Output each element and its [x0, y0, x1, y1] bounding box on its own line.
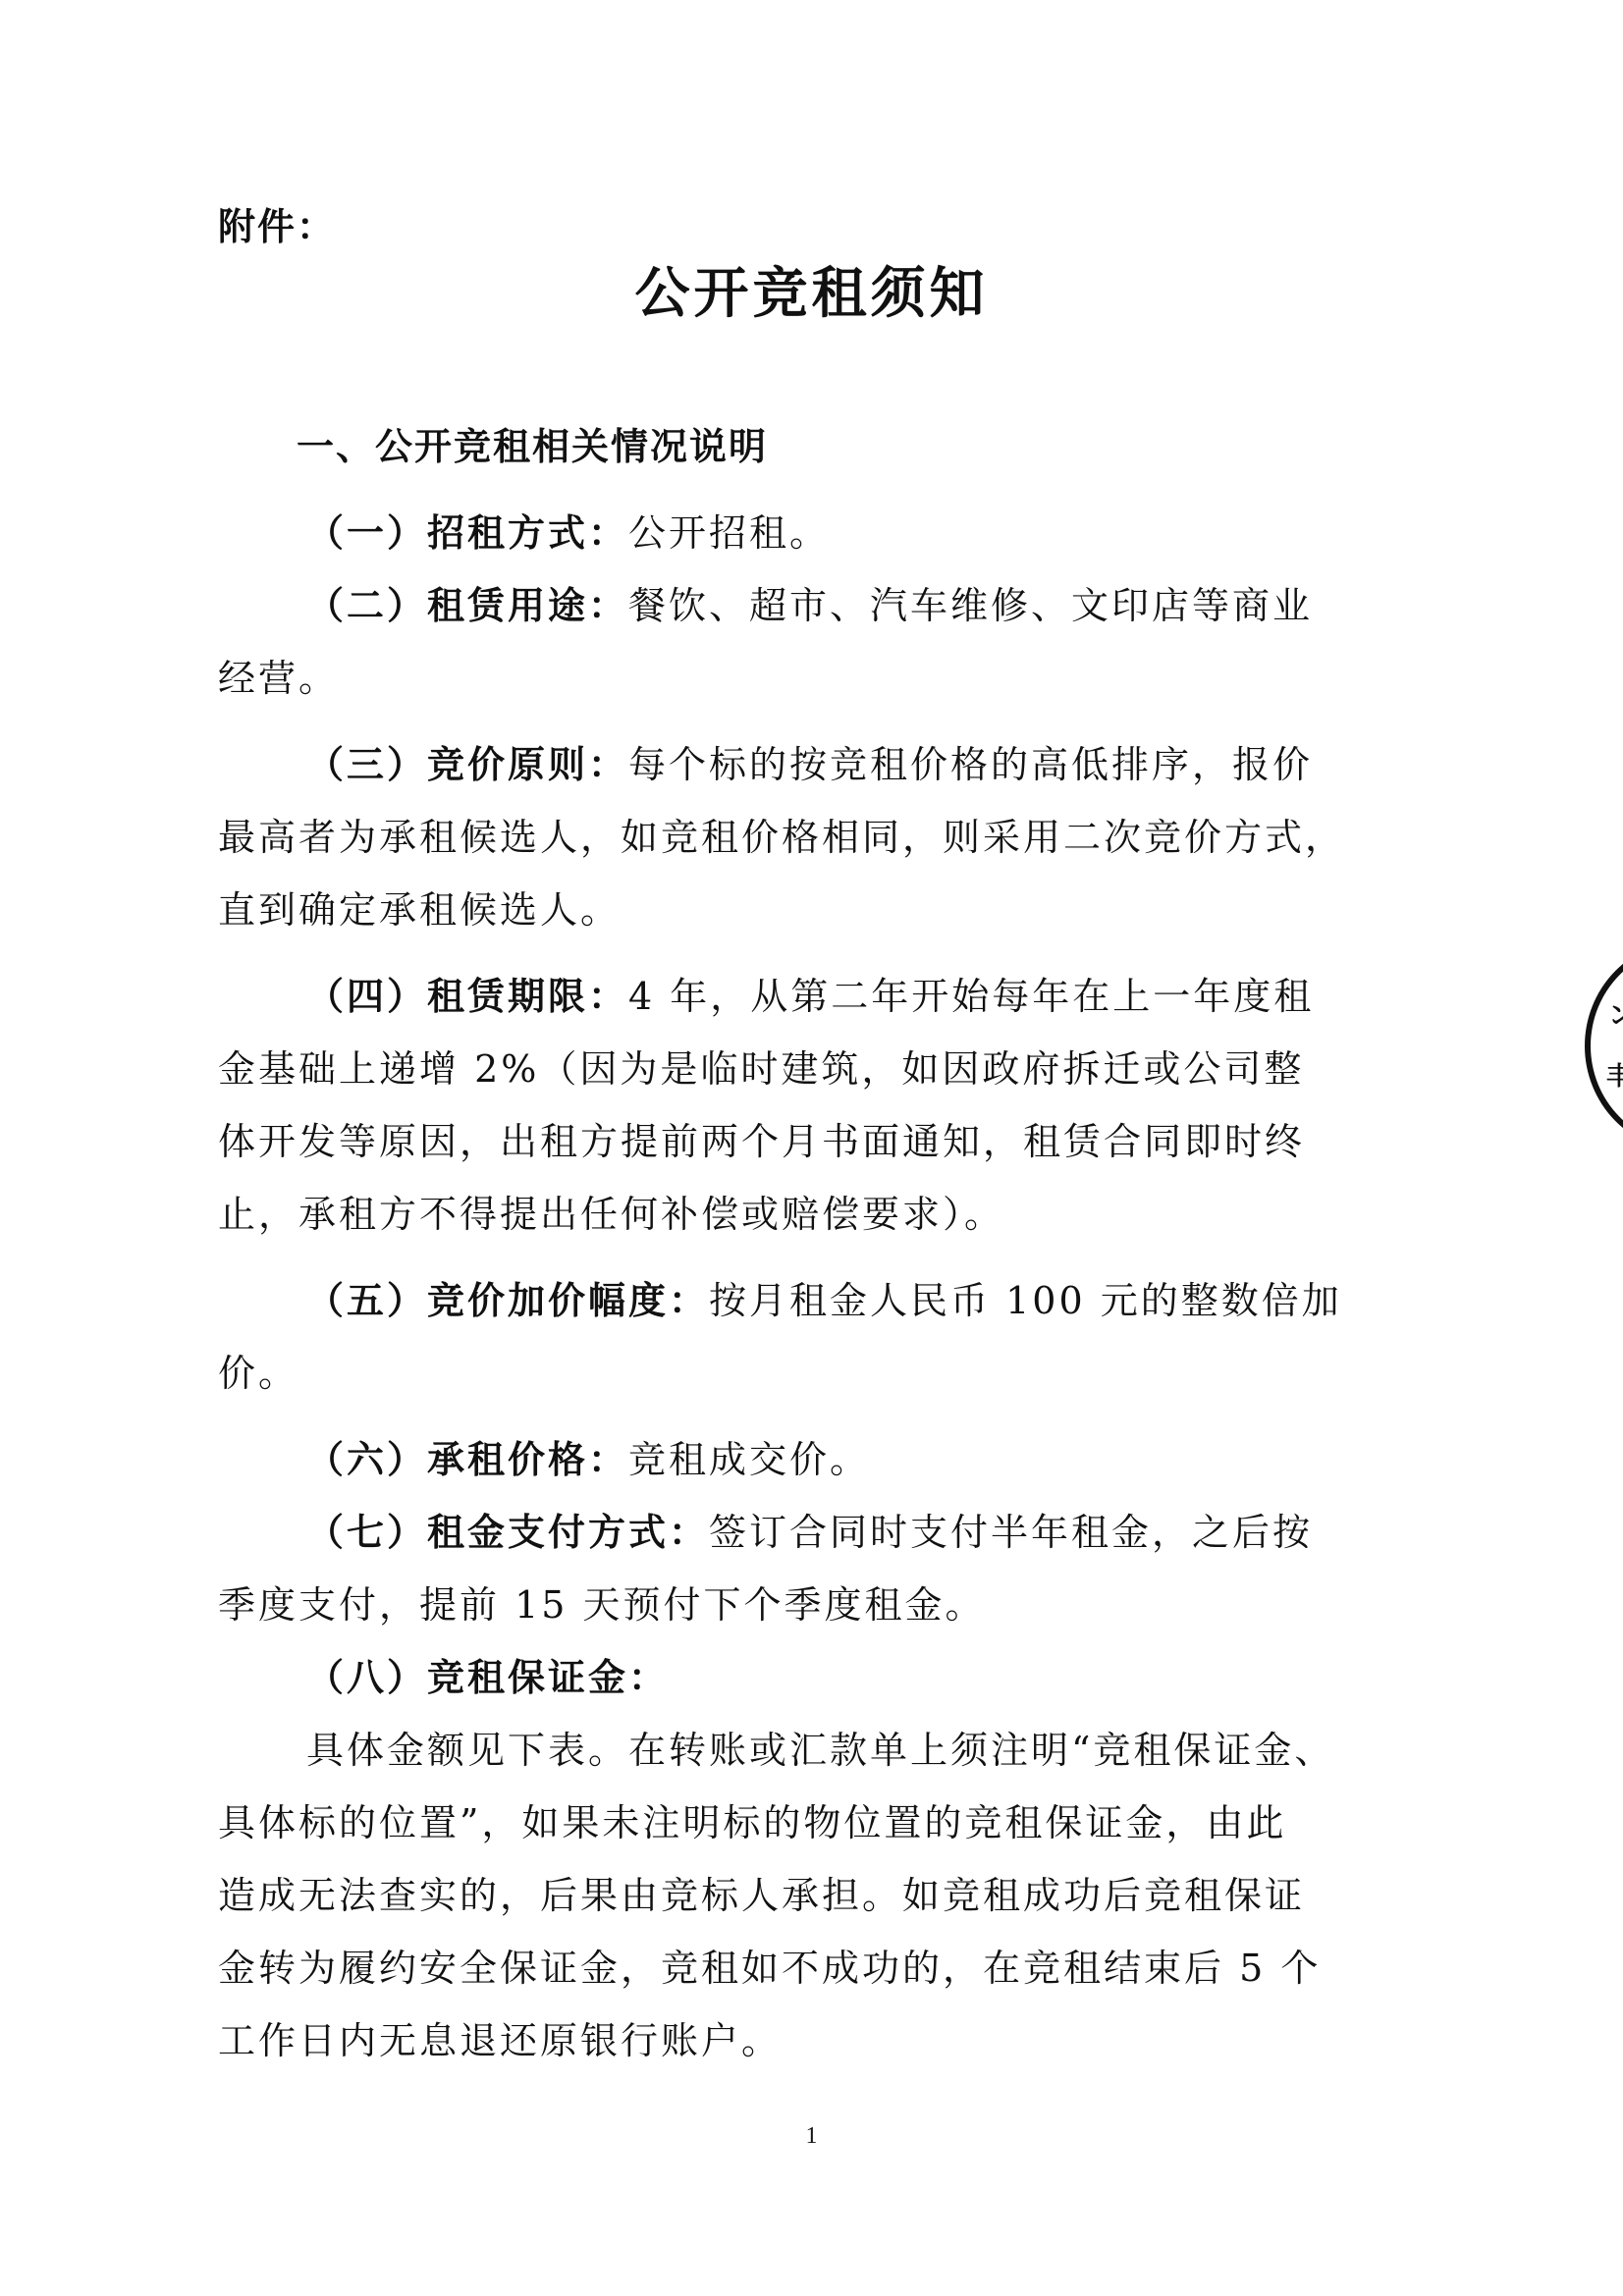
item-4-cont-1: 金基础上递增 2%（因为是临时建筑，如因政府拆迁或公司整 — [218, 1033, 1377, 1105]
document-body: 一、公开竞租相关情况说明 （一）招租方式：公开招租。 （二）租赁用途：餐饮、超市… — [218, 410, 1377, 2077]
deposit-para-2: 具体标的位置”，如果未注明标的物位置的竞租保证金，由此 — [218, 1787, 1377, 1859]
deposit-para-5: 工作日内无息退还原银行账户。 — [218, 2004, 1377, 2077]
item-3-cont-2: 直到确定承租候选人。 — [218, 874, 1377, 946]
page-number: 1 — [0, 2123, 1623, 2150]
item-7-text: 签订合同时支付半年租金，之后按 — [709, 1511, 1313, 1554]
document-page: 附件： 公开竞租须知 一、公开竞租相关情况说明 （一）招租方式：公开招租。 （二… — [0, 0, 1623, 2296]
item-5: （五）竞价加价幅度：按月租金人民币 100 元的整数倍加 — [218, 1264, 1377, 1337]
item-5-text: 按月租金人民币 100 元的整数倍加 — [709, 1279, 1342, 1322]
item-2: （二）租赁用途：餐饮、超市、汽车维修、文印店等商业 — [218, 569, 1377, 642]
item-2-text: 餐饮、超市、汽车维修、文印店等商业 — [628, 584, 1313, 627]
item-1-label: （一）招租方式： — [306, 511, 628, 555]
item-6-text: 竞租成交价。 — [628, 1438, 870, 1481]
official-seal-stamp: ン 丰 — [1585, 940, 1623, 1151]
item-7-label: （七）租金支付方式： — [306, 1511, 709, 1554]
item-4: （四）租赁期限：4 年，从第二年开始每年在上一年度租 — [218, 960, 1377, 1033]
section-heading: 一、公开竞租相关情况说明 — [218, 410, 1377, 483]
item-5-cont: 价。 — [218, 1337, 1377, 1410]
item-4-label: （四）租赁期限： — [306, 975, 628, 1018]
item-3: （三）竞价原则：每个标的按竞租价格的高低排序，报价 — [218, 728, 1377, 801]
item-4-cont-2: 体开发等原因，出租方提前两个月书面通知，租赁合同即时终 — [218, 1105, 1377, 1178]
item-3-cont-1: 最高者为承租候选人，如竞租价格相同，则采用二次竞价方式， — [218, 801, 1377, 874]
stamp-char-2: 丰 — [1606, 1056, 1623, 1093]
item-8: （八）竞租保证金： — [218, 1641, 1377, 1714]
stamp-char-1: ン — [1608, 995, 1623, 1032]
item-7-cont: 季度支付，提前 15 天预付下个季度租金。 — [218, 1569, 1377, 1641]
item-1-text: 公开招租。 — [628, 511, 830, 555]
item-2-label: （二）租赁用途： — [306, 584, 628, 627]
document-title-text: 公开竞租须知 — [635, 261, 989, 326]
deposit-para-1: 具体金额见下表。在转账或汇款单上须注明“竞租保证金、 — [218, 1714, 1377, 1787]
item-3-text: 每个标的按竞租价格的高低排序，报价 — [628, 743, 1313, 786]
item-6: （六）承租价格：竞租成交价。 — [218, 1423, 1377, 1496]
document-title: 公开竞租须知 — [0, 250, 1623, 329]
item-2-cont: 经营。 — [218, 642, 1377, 715]
item-4-text: 4 年，从第二年开始每年在上一年度租 — [628, 975, 1314, 1018]
item-6-label: （六）承租价格： — [306, 1438, 628, 1481]
item-4-cont-3: 止，承租方不得提出任何补偿或赔偿要求）。 — [218, 1178, 1377, 1251]
item-1: （一）招租方式：公开招租。 — [218, 497, 1377, 569]
item-8-label: （八）竞租保证金： — [306, 1656, 669, 1699]
item-5-label: （五）竞价加价幅度： — [306, 1279, 709, 1322]
deposit-para-4: 金转为履约安全保证金，竞租如不成功的，在竞租结束后 5 个 — [218, 1932, 1377, 2004]
attachment-label: 附件： — [218, 196, 336, 250]
item-3-label: （三）竞价原则： — [306, 743, 628, 786]
item-7: （七）租金支付方式：签订合同时支付半年租金，之后按 — [218, 1496, 1377, 1569]
deposit-para-3: 造成无法查实的，后果由竞标人承担。如竞租成功后竞租保证 — [218, 1859, 1377, 1932]
